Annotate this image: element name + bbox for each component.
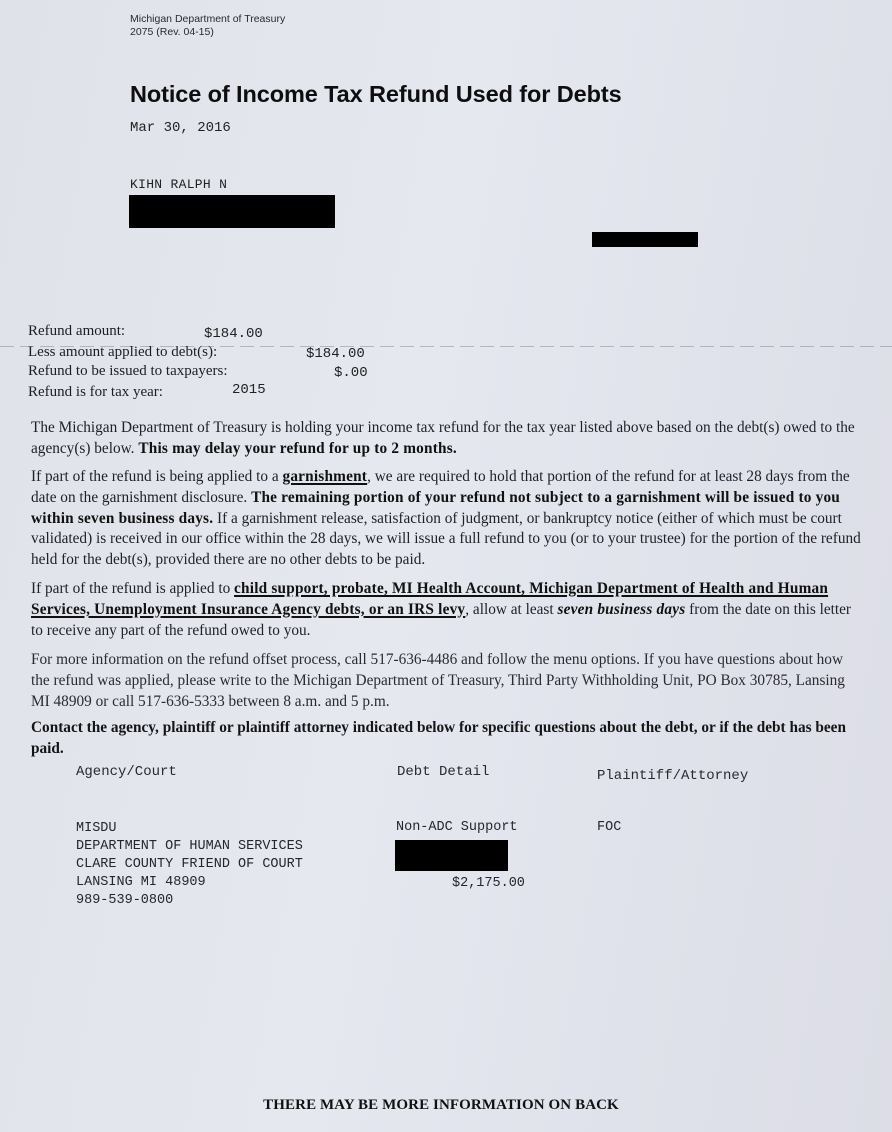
- applied-amount-label: Less amount applied to debt(s):: [28, 344, 217, 361]
- paragraph-garnishment: If part of the refund is being applied t…: [31, 467, 863, 571]
- paragraph-contact-info: For more information on the refund offse…: [31, 650, 863, 712]
- recipient-name: KIHN RALPH N: [130, 177, 227, 192]
- column-header-plaintiff: Plaintiff/Attorney: [597, 768, 748, 784]
- redacted-debt-reference: [395, 840, 508, 871]
- agency-line: 989-539-0800: [76, 892, 303, 910]
- p2-pre: If part of the refund is being applied t…: [31, 468, 282, 485]
- footer-note: THERE MAY BE MORE INFORMATION ON BACK: [0, 1097, 882, 1114]
- refund-amount-label: Refund amount:: [28, 323, 125, 340]
- agency-line: MISDU: [76, 820, 303, 838]
- applied-amount-value: $184.00: [306, 346, 365, 362]
- column-header-debt-detail: Debt Detail: [397, 764, 489, 780]
- refund-amount-value: $184.00: [204, 326, 263, 342]
- issued-amount-value: $.00: [334, 365, 368, 381]
- document-title: Notice of Income Tax Refund Used for Deb…: [130, 81, 622, 108]
- form-number: 2075 (Rev. 04-15): [130, 26, 214, 39]
- plaintiff-attorney: FOC: [597, 820, 621, 835]
- tax-year-label: Refund is for tax year:: [28, 384, 163, 401]
- agency-line: LANSING MI 48909: [76, 874, 303, 892]
- p1-bold: This may delay your refund for up to 2 m…: [138, 440, 457, 457]
- agency-address-block: MISDU DEPARTMENT OF HUMAN SERVICES CLARE…: [76, 820, 303, 910]
- p3-mid: , allow at least: [465, 601, 557, 618]
- agency-line: CLARE COUNTY FRIEND OF COURT: [76, 856, 303, 874]
- paragraph-holding-notice: The Michigan Department of Treasury is h…: [31, 418, 863, 460]
- debt-amount: $2,175.00: [452, 876, 525, 891]
- redacted-address: [129, 195, 335, 228]
- agency-line: DEPARTMENT OF HUMAN SERVICES: [76, 838, 303, 856]
- tax-year-value: 2015: [232, 382, 266, 398]
- issuing-agency: Michigan Department of Treasury: [130, 13, 285, 26]
- paragraph-agency-debts: If part of the refund is applied to chil…: [31, 579, 863, 641]
- debt-type: Non-ADC Support: [396, 820, 518, 835]
- garnishment-term: garnishment: [282, 468, 367, 485]
- column-header-agency: Agency/Court: [76, 764, 177, 780]
- redacted-identifier: [592, 232, 698, 247]
- paragraph-contact-agency: Contact the agency, plaintiff or plainti…: [31, 718, 863, 760]
- p3-pre: If part of the refund is applied to: [31, 580, 234, 597]
- p3-emphasis: seven business days: [557, 601, 685, 618]
- issued-amount-label: Refund to be issued to taxpayers:: [28, 363, 228, 380]
- notice-date: Mar 30, 2016: [130, 120, 231, 136]
